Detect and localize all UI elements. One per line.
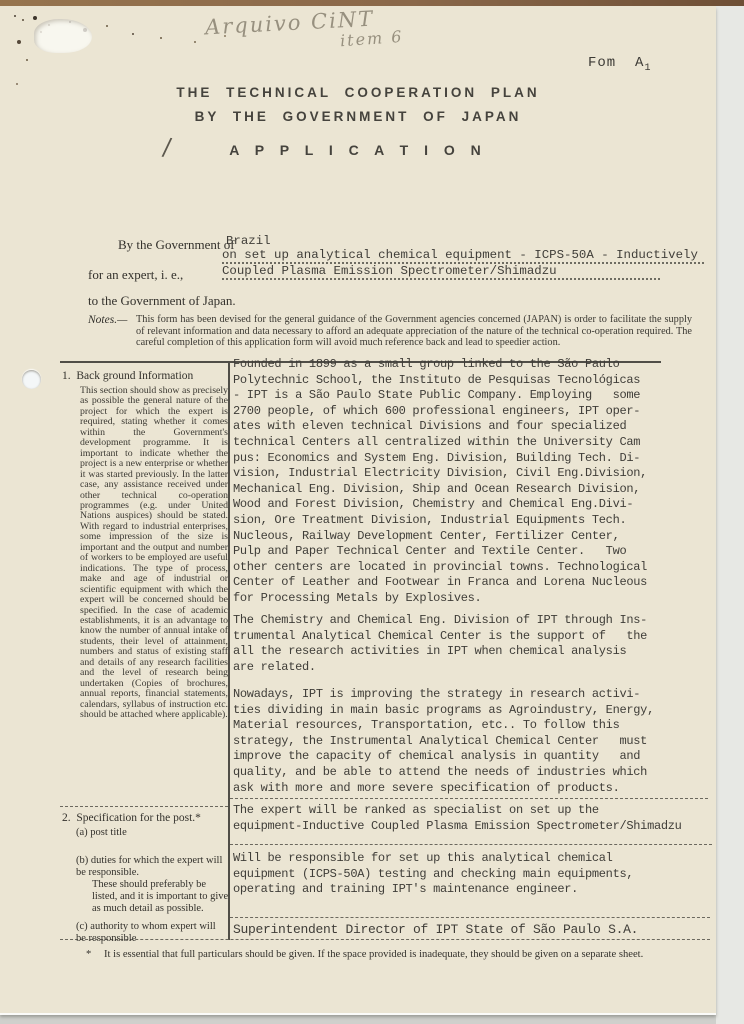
divider-answer-a-top [230, 798, 708, 799]
authority-answer: Superintendent Director of IPT State of … [233, 922, 713, 938]
section2-item-a-label: (a) post title [76, 827, 226, 839]
footnote-text: It is essential that full particulars sh… [104, 949, 643, 960]
section1-title: Back ground Information [76, 370, 193, 382]
ink-speckle-stain [14, 15, 16, 17]
footnote-star: * [86, 949, 104, 960]
divider-answer-a-bottom [230, 844, 712, 845]
expert-field-line1: on set up analytical chemical equipment … [222, 248, 704, 264]
background-answer-paragraph-2: The Chemistry and Chemical Eng. Division… [233, 613, 713, 675]
divider-section1-left [60, 806, 228, 807]
for-an-expert-label: for an expert, i. e., [88, 267, 183, 283]
title-line-1: THE TECHNICAL COOPERATION PLAN [0, 85, 716, 100]
section2-item-b-label: (b) duties for which the expert will be … [76, 855, 228, 879]
section2-item-c-label: (c) authority to whom expert will be res… [76, 921, 228, 945]
scan-edge-right [716, 0, 744, 1024]
section1-heading: 1. Back ground Information [62, 370, 193, 382]
form-code-subscript: 1 [644, 63, 651, 74]
notes-text: This form has been devised for the gener… [136, 314, 692, 349]
table-column-divider [228, 361, 230, 940]
expert-field-line2: Coupled Plasma Emission Spectrometer/Shi… [222, 264, 660, 280]
section1-number: 1. [62, 370, 71, 382]
document-title: THE TECHNICAL COOPERATION PLAN BY THE GO… [0, 85, 716, 158]
punch-hole [22, 370, 41, 389]
footnote: *It is essential that full particulars s… [86, 949, 643, 960]
paper-sheet: Arquivo CiNT item 6 / Fom A1 THE TECHNIC… [0, 5, 716, 1013]
section1-guidance: This section should show as precisely as… [80, 386, 228, 721]
background-answer-paragraph-1: Founded in 1899 as a small group linked … [233, 357, 713, 607]
duties-answer: Will be responsible for set up this anal… [233, 851, 713, 898]
form-code: Fom A1 [588, 55, 651, 74]
divider-answer-c-top [230, 917, 710, 918]
section2-title: Specification for the post.* [76, 812, 201, 824]
by-government-label: By the Government of [118, 237, 235, 253]
notes-label: Notes.— [88, 314, 127, 326]
post-title-answer: The expert will be ranked as specialist … [233, 803, 733, 834]
tape-mark [34, 19, 92, 53]
title-line-3: A P P L I C A T I O N [0, 142, 716, 158]
background-answer-paragraph-3: Nowadays, IPT is improving the strategy … [233, 687, 713, 796]
scan-edge-top [0, 0, 744, 6]
section2-number: 2. [62, 812, 71, 824]
pencil-annotation: item 6 [339, 27, 404, 50]
form-code-word: Fom [588, 55, 616, 71]
to-government-label: to the Government of Japan. [88, 293, 236, 309]
section2-item-b-note: These should preferably be listed, and i… [92, 879, 230, 915]
by-government-value: Brazil [226, 234, 271, 248]
title-line-2: BY THE GOVERNMENT OF JAPAN [0, 109, 716, 124]
section2-heading: 2. Specification for the post.* [62, 812, 201, 824]
